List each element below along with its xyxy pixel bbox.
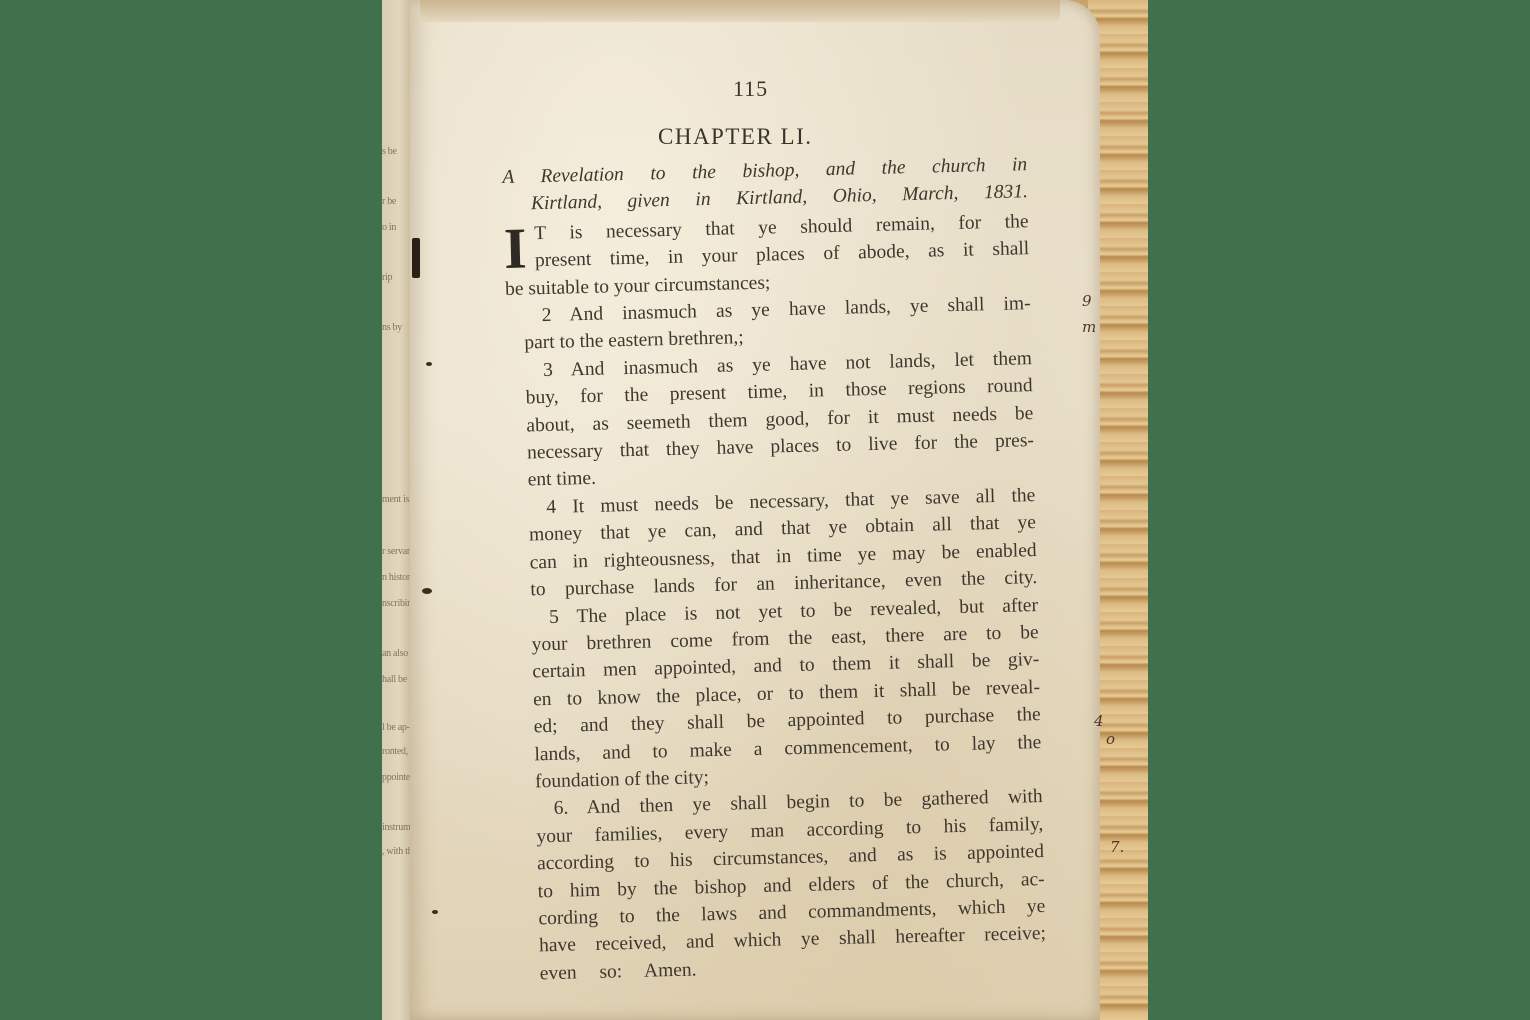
prev-page-fragment: ppointed a xyxy=(382,772,410,783)
prev-page-fragment: n history, xyxy=(382,572,410,583)
binding-mark xyxy=(412,238,420,278)
margin-handwriting: 9 xyxy=(1082,292,1092,310)
binding-hole xyxy=(426,362,432,366)
prev-page-fragment: r be xyxy=(382,196,396,207)
book-photograph: s be r be o in rip ns by ment is r serva… xyxy=(382,0,1148,1020)
margin-handwriting: o xyxy=(1106,730,1115,748)
margin-handwriting: m xyxy=(1082,318,1096,336)
verse-5: 5 The place is not yet to be revealed, b… xyxy=(513,592,1043,797)
prev-page-fragment: hall be xyxy=(382,674,407,685)
prev-page-fragment: r servant xyxy=(382,546,410,557)
prev-page-fragment: l be ap- xyxy=(382,722,410,733)
page-number: 115 xyxy=(733,76,768,102)
chapter-title: CHAPTER LI. xyxy=(658,124,813,150)
verse-6: 6. And then ye shall begin to be gathere… xyxy=(517,783,1047,988)
binding-hole xyxy=(432,910,438,914)
verse-1: I T is necessary that ye should remain, … xyxy=(503,208,1030,303)
prev-page-fragment: ns by xyxy=(382,322,402,333)
margin-handwriting: 7. xyxy=(1110,838,1124,856)
prev-page-fragment: ronted, and xyxy=(382,746,410,757)
prev-page-fragment: instrument as xyxy=(382,822,410,833)
prev-page-fragment: , with these xyxy=(382,846,410,857)
drop-cap: I xyxy=(503,224,527,273)
prev-page-fragment: rip xyxy=(382,272,392,283)
binding-hole xyxy=(422,588,432,594)
page-top-fold xyxy=(420,0,1060,22)
revelation-heading: A Revelation to the bishop, and the chur… xyxy=(502,151,1028,219)
previous-page-sliver: s be r be o in rip ns by ment is r serva… xyxy=(382,0,410,1020)
prev-page-fragment: nscribing xyxy=(382,598,410,609)
prev-page-fragment: an also xyxy=(382,648,408,659)
prev-page-fragment: s be xyxy=(382,146,397,157)
verse-3: 3 And inasmuch as ye have not lands, let… xyxy=(507,345,1035,495)
prev-page-fragment: ment is xyxy=(382,494,409,505)
prev-page-fragment: o in xyxy=(382,222,396,233)
verse-4: 4 It must needs be necessary, that ye sa… xyxy=(510,482,1038,604)
book-page: 115 CHAPTER LI. A Revelation to the bish… xyxy=(410,0,1100,1020)
chapter-text: A Revelation to the bishop, and the chur… xyxy=(502,151,1047,988)
margin-handwriting: 4 xyxy=(1094,712,1104,730)
